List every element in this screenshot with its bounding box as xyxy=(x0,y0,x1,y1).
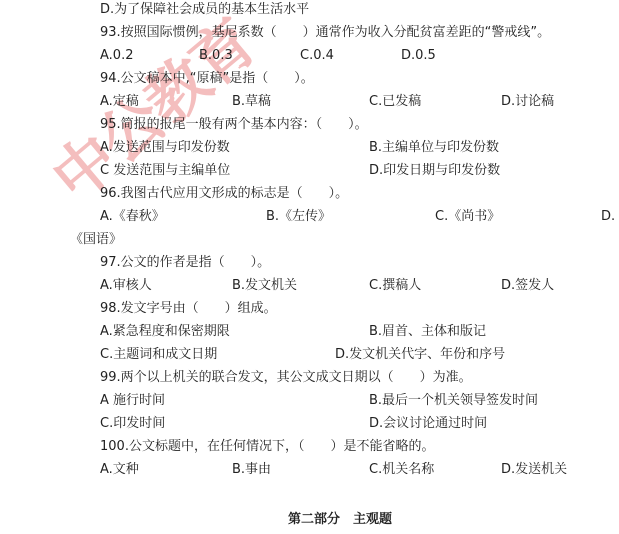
q98-option-d: D.发文机关代字、年份和序号 xyxy=(335,347,505,363)
q94-option-a: A.定稿 xyxy=(100,94,139,110)
q93-option-b: B.0.3 xyxy=(199,48,233,64)
q93-option-c: C.0.4 xyxy=(300,48,334,64)
q96-option-b: B.《左传》 xyxy=(266,209,331,225)
q97-option-d: D.签发人 xyxy=(501,278,554,294)
q96-option-c: C.《尚书》 xyxy=(435,209,500,225)
q93-option-d: D.0.5 xyxy=(401,48,436,64)
q98-option-a: A.紧急程度和保密期限 xyxy=(100,324,230,340)
q100-option-c: C.机关名称 xyxy=(369,462,434,478)
q100-option-a: A.文种 xyxy=(100,462,139,478)
question-99: 99.两个以上机关的联合发文，其公文成文日期以（ ）为准。 xyxy=(100,370,472,386)
q96-option-a: A.《春秋》 xyxy=(100,209,165,225)
question-95: 95.简报的报尾一般有两个基本内容：（ ）。 xyxy=(100,117,368,133)
q95-option-b: B.主编单位与印发份数 xyxy=(369,140,499,156)
q96-option-d: D. xyxy=(601,209,615,225)
q94-option-b: B.草稿 xyxy=(232,94,271,110)
q93-option-a: A.0.2 xyxy=(100,48,133,64)
q95-option-a: A.发送范围与印发份数 xyxy=(100,140,230,156)
q94-option-c: C.已发稿 xyxy=(369,94,421,110)
question-97: 97.公文的作者是指（ ）。 xyxy=(100,255,270,271)
q99-option-c: C.印发时间 xyxy=(100,416,165,432)
q94-option-d: D.讨论稿 xyxy=(501,94,554,110)
question-94: 94.公文稿本中,“原稿”是指（ ）。 xyxy=(100,71,314,87)
q99-option-b: B.最后一个机关领导签发时间 xyxy=(369,393,538,409)
q99-option-a: A 施行时间 xyxy=(100,393,165,409)
q100-option-b: B.事由 xyxy=(232,462,271,478)
q95-option-c: C 发送范围与主编单位 xyxy=(100,163,230,179)
q92-option-d: D.为了保障社会成员的基本生活水平 xyxy=(100,2,309,18)
question-100: 100.公文标题中，在任何情况下，（ ）是不能省略的。 xyxy=(100,439,434,455)
q98-option-c: C.主题词和成文日期 xyxy=(100,347,217,363)
question-98: 98.发文字号由（ ）组成。 xyxy=(100,301,277,317)
q97-option-c: C.撰稿人 xyxy=(369,278,421,294)
question-93: 93.按照国际惯例，基尼系数（ ）通常作为收入分配贫富差距的“警戒线”。 xyxy=(100,25,550,41)
q97-option-a: A.审核人 xyxy=(100,278,152,294)
q95-option-d: D.印发日期与印发份数 xyxy=(369,163,500,179)
q98-option-b: B.眉首、主体和版记 xyxy=(369,324,486,340)
q97-option-b: B.发文机关 xyxy=(232,278,297,294)
q100-option-d: D.发送机关 xyxy=(501,462,567,478)
question-96: 96.我图古代应用文形成的标志是（ ）。 xyxy=(100,186,348,202)
section-title: 第二部分 主观题 xyxy=(288,508,392,527)
q96-option-d-continued: 《国语》 xyxy=(70,232,122,248)
q99-option-d: D.会议讨论通过时间 xyxy=(369,416,487,432)
